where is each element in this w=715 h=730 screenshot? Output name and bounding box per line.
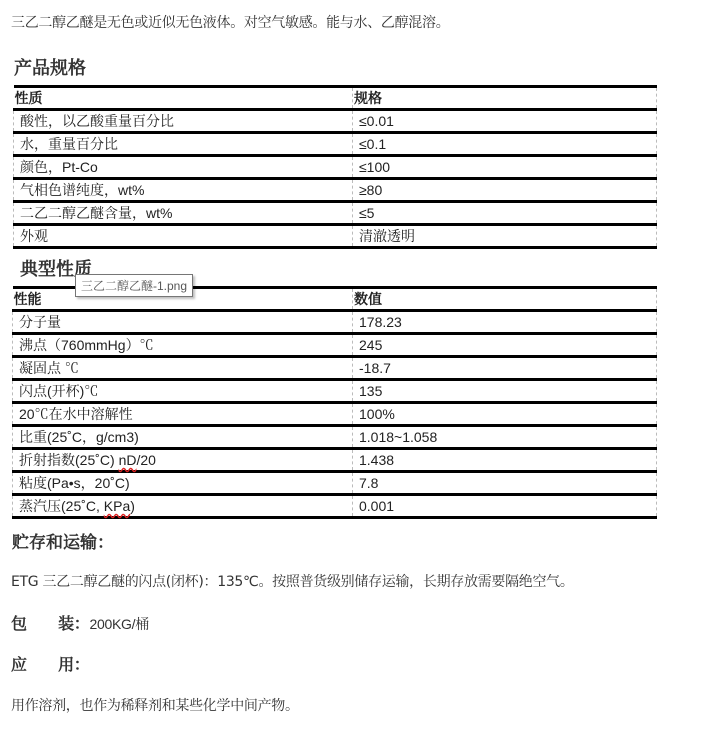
- value-cell: ≤5: [353, 202, 657, 225]
- typical-properties-table: 性能 数值 分子量 178.23 沸点（760mmHg）℃ 245 凝固点 ℃ …: [12, 286, 657, 519]
- table-row: 20℃在水中溶解性 100%: [13, 403, 657, 426]
- storage-title: 贮存和运输：: [12, 528, 114, 553]
- value-cell: ≤100: [353, 156, 657, 179]
- property-cell: 气相色谱纯度，wt%: [14, 179, 353, 202]
- packaging-line: 包 装：200KG/桶: [11, 611, 149, 634]
- table-row: 比重(25˚C，g/cm3) 1.018~1.058: [13, 426, 657, 449]
- property-cell: 蒸汽压(25˚C, KPa): [13, 495, 353, 518]
- table-row: 凝固点 ℃ -18.7: [13, 357, 657, 380]
- property-cell: 颜色，Pt-Co: [14, 156, 353, 179]
- value-cell: 245: [353, 334, 657, 357]
- value-cell: ≥80: [353, 179, 657, 202]
- table-row: 外观 清澈透明: [14, 225, 657, 248]
- table-row: 颜色，Pt-Co ≤100: [14, 156, 657, 179]
- value-cell: 清澈透明: [353, 225, 657, 248]
- value-cell: 100%: [353, 403, 657, 426]
- spec-table: 性质 规格 酸性，以乙酸重量百分比 ≤0.01 水，重量百分比 ≤0.1 颜色，…: [13, 85, 657, 249]
- table-row: 沸点（760mmHg）℃ 245: [13, 334, 657, 357]
- property-cell: 凝固点 ℃: [13, 357, 353, 380]
- table-row: 分子量 178.23: [13, 311, 657, 334]
- value-cell: ≤0.1: [353, 133, 657, 156]
- property-cell: 比重(25˚C，g/cm3): [13, 426, 353, 449]
- header-property: 性质: [14, 87, 353, 110]
- value-cell: 7.8: [353, 472, 657, 495]
- table-row: 蒸汽压(25˚C, KPa) 0.001: [13, 495, 657, 518]
- spellcheck-flagged-text: nD: [119, 452, 137, 468]
- property-cell: 酸性，以乙酸重量百分比: [14, 110, 353, 133]
- table-row: 闪点(开杯)℃ 135: [13, 380, 657, 403]
- value-cell: 135: [353, 380, 657, 403]
- value-cell: 178.23: [353, 311, 657, 334]
- application-label: 应 用：: [11, 655, 90, 674]
- property-cell: 二乙二醇乙醚含量，wt%: [14, 202, 353, 225]
- property-text: 折射指数(25˚C): [19, 452, 119, 468]
- value-cell: -18.7: [353, 357, 657, 380]
- intro-paragraph: 三乙二醇乙醚是无色或近似无色液体。对空气敏感。能与水、乙醇混溶。: [11, 12, 449, 32]
- packaging-value: 200KG/桶: [90, 616, 149, 632]
- spec-table-header: 性质 规格: [14, 87, 657, 110]
- property-cell: 粘度(Pa•s，20˚C): [13, 472, 353, 495]
- application-text: 用作溶剂，也作为稀释剂和某些化学中间产物。: [11, 695, 299, 715]
- property-text: /20: [136, 452, 155, 468]
- value-cell: ≤0.01: [353, 110, 657, 133]
- header-value: 数值: [353, 288, 657, 311]
- property-cell: 闪点(开杯)℃: [13, 380, 353, 403]
- table-row: 酸性，以乙酸重量百分比 ≤0.01: [14, 110, 657, 133]
- table-row: 气相色谱纯度，wt% ≥80: [14, 179, 657, 202]
- table-row: 折射指数(25˚C) nD/20 1.438: [13, 449, 657, 472]
- table-row: 水，重量百分比 ≤0.1: [14, 133, 657, 156]
- value-cell: 1.438: [353, 449, 657, 472]
- value-cell: 0.001: [353, 495, 657, 518]
- property-cell: 水，重量百分比: [14, 133, 353, 156]
- property-cell: 折射指数(25˚C) nD/20: [13, 449, 353, 472]
- packaging-label: 包 装：: [11, 614, 90, 633]
- spec-section-title: 产品规格: [14, 54, 86, 80]
- property-text: 蒸汽压(25˚C,: [19, 498, 104, 514]
- property-cell: 外观: [14, 225, 353, 248]
- property-text: ): [130, 498, 135, 514]
- property-cell: 分子量: [13, 311, 353, 334]
- property-cell: 沸点（760mmHg）℃: [13, 334, 353, 357]
- table-row: 二乙二醇乙醚含量，wt% ≤5: [14, 202, 657, 225]
- application-line: 应 用：: [11, 652, 90, 675]
- value-cell: 1.018~1.058: [353, 426, 657, 449]
- header-spec: 规格: [353, 87, 657, 110]
- table-row: 粘度(Pa•s，20˚C) 7.8: [13, 472, 657, 495]
- image-filename-tooltip: 三乙二醇乙醚-1.png: [75, 274, 193, 297]
- spellcheck-flagged-text: KPa: [104, 498, 130, 514]
- property-cell: 20℃在水中溶解性: [13, 403, 353, 426]
- storage-text: ETG 三乙二醇乙醚的闪点(闭杯)：135℃。按照普货级别储存运输，长期存放需要…: [11, 571, 574, 591]
